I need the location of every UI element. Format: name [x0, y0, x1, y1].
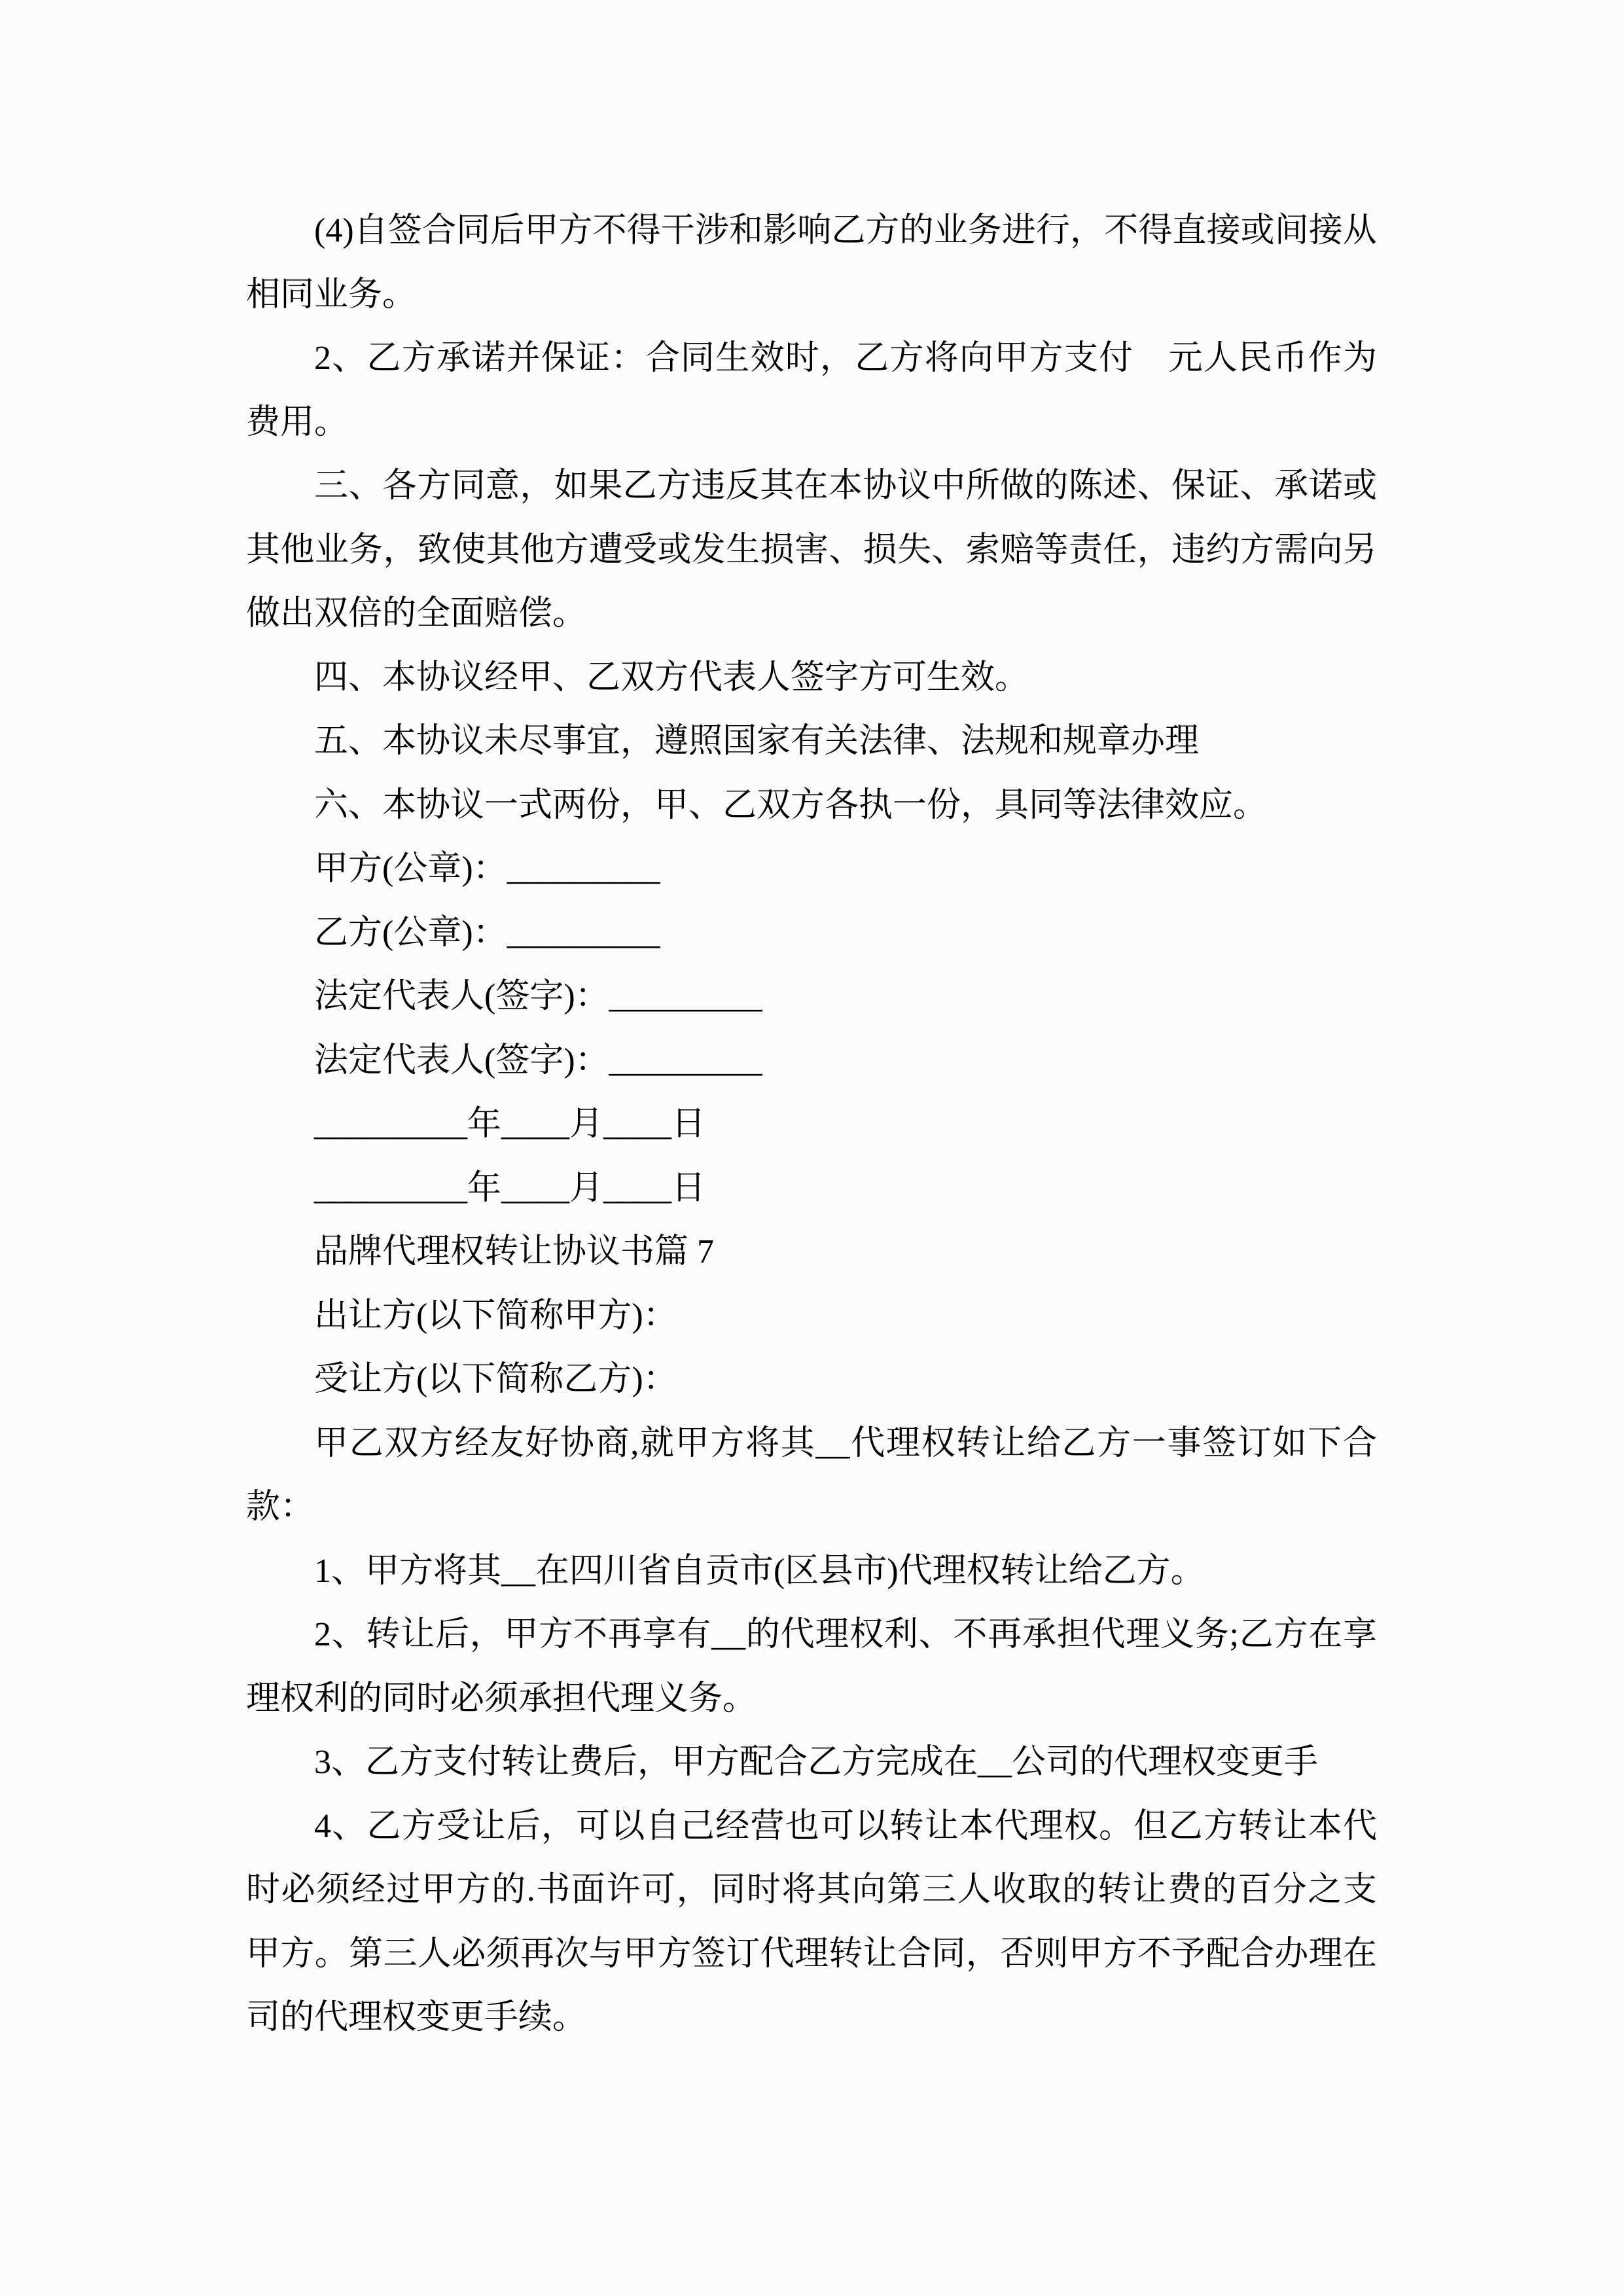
text-line: 四、本协议经甲、乙双方代表人签字方可生效。 — [246, 646, 1377, 710]
text-line: 法定代表人(签字)：_________ — [246, 1029, 1377, 1093]
text-line: 品牌代理权转让协议书篇 7 — [246, 1220, 1377, 1284]
text-line: 理权利的同时必须承担代理义务。 — [246, 1667, 1377, 1731]
document-body: (4)自签合同后甲方不得干涉和影响乙方的业务进行，不得直接或间接从事相同业务。2… — [246, 199, 1377, 2050]
text-line: 司的代理权变更手续。 — [246, 1986, 1377, 2050]
text-line: 2、乙方承诺并保证：合同生效时，乙方将向甲方支付 元人民币作为转让 — [246, 327, 1377, 391]
text-line: 乙方(公章)：_________ — [246, 901, 1377, 965]
text-line: 甲方。第三人必须再次与甲方签订代理转让合同，否则甲方不予配合办理在__公 — [246, 1922, 1377, 1986]
text-line: 三、各方同意，如果乙方违反其在本协议中所做的陈述、保证、承诺或任何 — [246, 454, 1377, 518]
text-line: 甲乙双方经友好协商,就甲方将其__代理权转让给乙方一事签订如下合同条 — [246, 1412, 1377, 1476]
text-line: 五、本协议未尽事宜，遵照国家有关法律、法规和规章办理 — [246, 709, 1377, 774]
text-line: 法定代表人(签字)：_________ — [246, 965, 1377, 1029]
page: (4)自签合同后甲方不得干涉和影响乙方的业务进行，不得直接或间接从事相同业务。2… — [0, 0, 1623, 2296]
text-line: 1、甲方将其__在四川省自贡市(区县市)代理权转让给乙方。 — [246, 1539, 1377, 1604]
text-line: 相同业务。 — [246, 263, 1377, 327]
text-line: 款： — [246, 1475, 1377, 1539]
text-line: _________年____月____日 — [246, 1092, 1377, 1157]
text-line: 甲方(公章)：_________ — [246, 837, 1377, 901]
text-line: 出让方(以下简称甲方)： — [246, 1284, 1377, 1348]
text-line: 2、转让后，甲方不再享有__的代理权利、不再承担代理义务;乙方在享受代 — [246, 1603, 1377, 1667]
text-line: 时必须经过甲方的.书面许可，同时将其向第三人收取的转让费的百分之支付给 — [246, 1858, 1377, 1922]
text-line: 六、本协议一式两份，甲、乙双方各执一份，具同等法律效应。 — [246, 774, 1377, 838]
text-line: 做出双倍的全面赔偿。 — [246, 582, 1377, 646]
text-line: 3、乙方支付转让费后，甲方配合乙方完成在__公司的代理权变更手续。 — [246, 1731, 1377, 1795]
text-line: 其他业务，致使其他方遭受或发生损害、损失、索赔等责任，违约方需向另一方 — [246, 518, 1377, 583]
text-line: (4)自签合同后甲方不得干涉和影响乙方的业务进行，不得直接或间接从事 — [246, 199, 1377, 263]
text-line: 4、乙方受让后，可以自己经营也可以转让本代理权。但乙方转让本代理权 — [246, 1795, 1377, 1859]
text-line: 费用。 — [246, 391, 1377, 455]
text-line: 受让方(以下简称乙方)： — [246, 1348, 1377, 1412]
text-line: _________年____月____日 — [246, 1157, 1377, 1221]
